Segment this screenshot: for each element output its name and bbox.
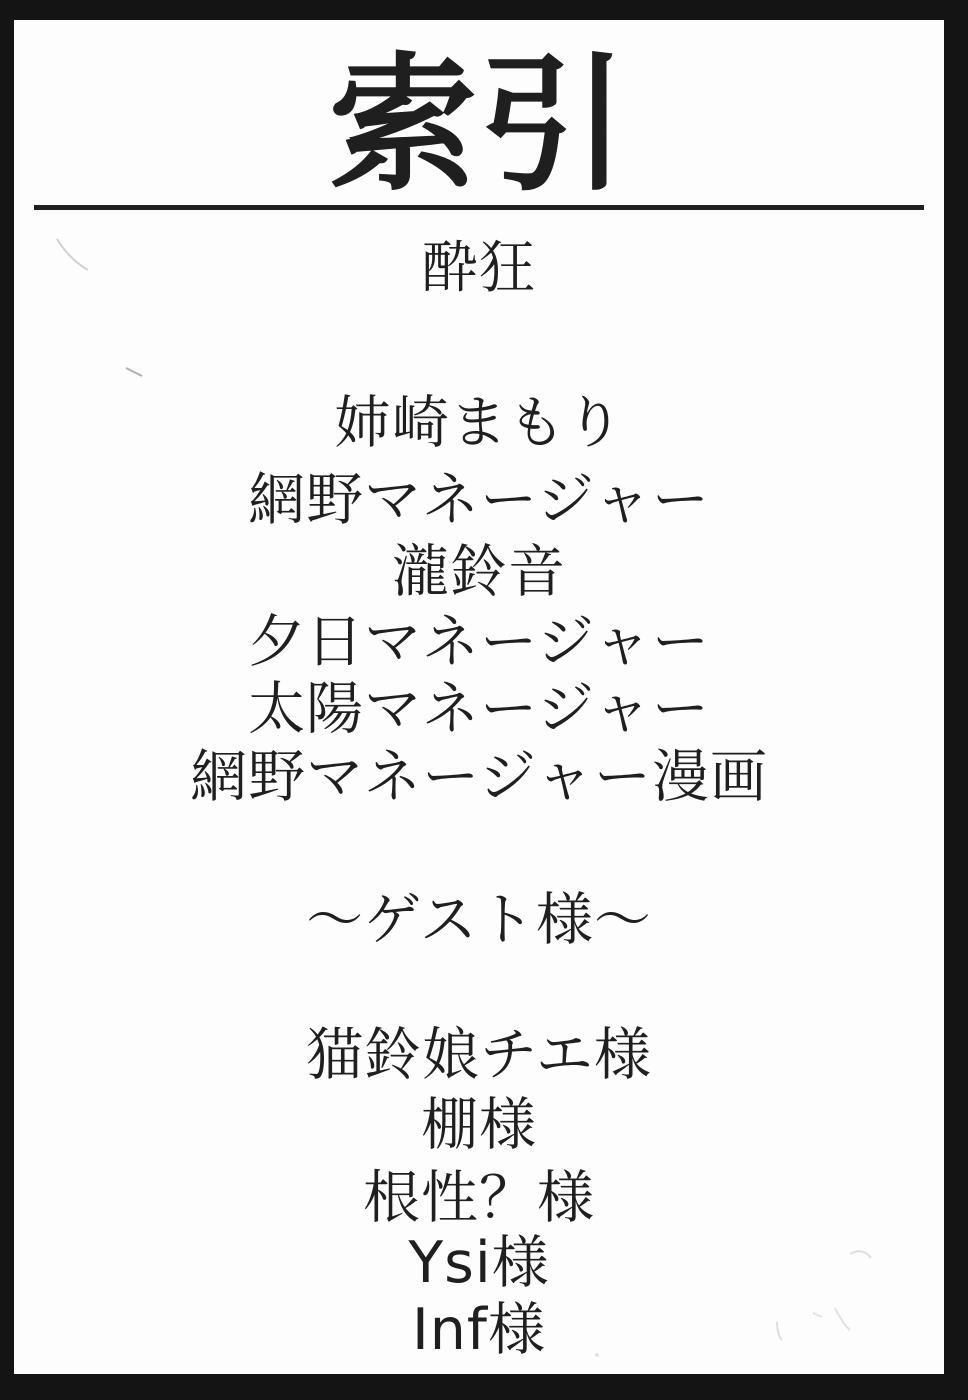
guest-item: Inf様 — [14, 1290, 944, 1360]
index-item: 太陽マネージャー — [14, 669, 944, 739]
scanned-page: 索引 酔狂 姉崎まもり 網野マネージャー 瀧鈴音 夕日マネージャー 太陽マネージ… — [0, 0, 968, 1400]
circle-name: 酔狂 — [14, 229, 944, 299]
guest-section-heading: ～ゲスト様～ — [14, 880, 944, 950]
guest-item: 猫鈴娘チエ様 — [14, 1015, 944, 1085]
index-item: 夕日マネージャー — [14, 602, 944, 672]
guest-item: Ysi様 — [14, 1223, 944, 1293]
index-item: 網野マネージャー — [14, 460, 944, 530]
title-divider — [34, 205, 924, 210]
index-item: 網野マネージャー漫画 — [14, 737, 944, 807]
index-item: 姉崎まもり — [14, 383, 944, 453]
paper: 索引 酔狂 姉崎まもり 網野マネージャー 瀧鈴音 夕日マネージャー 太陽マネージ… — [14, 20, 944, 1374]
index-item: 瀧鈴音 — [14, 532, 944, 602]
page-title: 索引 — [14, 20, 944, 205]
guest-item: 棚様 — [14, 1085, 944, 1155]
